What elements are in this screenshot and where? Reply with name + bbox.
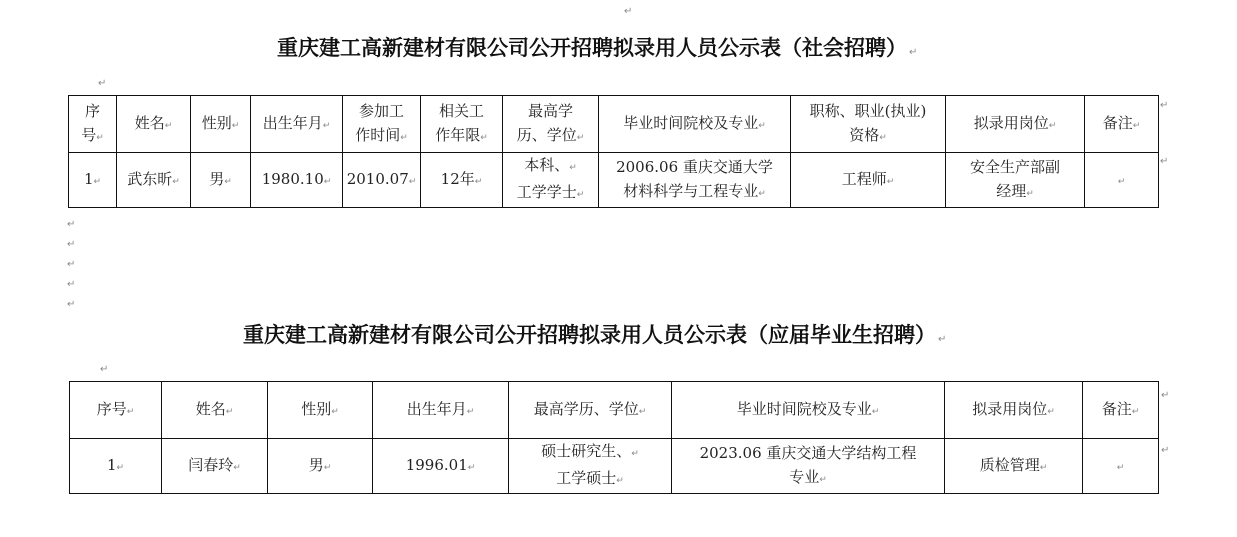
paragraph-mark: ↵ <box>1161 390 1169 401</box>
header-school: 毕业时间院校及专业↵ <box>599 96 791 153</box>
cell-school: 2023.06 重庆交通大学结构工程专业↵ <box>672 439 945 494</box>
table2-title-text: 重庆建工高新建材有限公司公开招聘拟录用人员公示表（应届毕业生招聘） <box>243 322 936 347</box>
cell-position: 安全生产部副经理↵ <box>946 153 1085 208</box>
header-qualification: 职称、职业(执业)资格↵ <box>791 96 946 153</box>
cell-name: 闫春玲↵ <box>162 439 268 494</box>
cell-birth: 1980.10↵ <box>251 153 343 208</box>
cell-work-start: 2010.07↵ <box>343 153 421 208</box>
cell-position: 质检管理↵ <box>945 439 1083 494</box>
table2-header-row: 序号↵ 姓名↵ 性别↵ 出生年月↵ 最高学历、学位↵ 毕业时间院校及专业↵ 拟录… <box>70 382 1159 439</box>
header-degree: 最高学历、学位↵ <box>509 382 672 439</box>
cell-birth: 1996.01↵ <box>373 439 509 494</box>
cell-degree: 本科、↵工学学士↵ <box>503 153 599 208</box>
header-school: 毕业时间院校及专业↵ <box>672 382 945 439</box>
header-work-start: 参加工作时间↵ <box>343 96 421 153</box>
table2-title: 重庆建工高新建材有限公司公开招聘拟录用人员公示表（应届毕业生招聘）↵ <box>243 319 946 349</box>
table-graduate-recruitment: 序号↵ 姓名↵ 性别↵ 出生年月↵ 最高学历、学位↵ 毕业时间院校及专业↵ 拟录… <box>69 381 1159 494</box>
paragraph-mark: ↵ <box>938 334 946 345</box>
header-gender: 性别↵ <box>191 96 251 153</box>
paragraph-mark: ↵ <box>624 6 632 17</box>
table1-header-row: 序号↵ 姓名↵ 性别↵ 出生年月↵ 参加工作时间↵ 相关工作年限↵ 最高学历、学… <box>69 96 1159 153</box>
paragraph-mark: ↵ <box>1160 100 1168 111</box>
header-years: 相关工作年限↵ <box>421 96 503 153</box>
cell-remark: ↵ <box>1083 439 1159 494</box>
header-degree: 最高学历、学位↵ <box>503 96 599 153</box>
header-position: 拟录用岗位↵ <box>945 382 1083 439</box>
cell-gender: 男↵ <box>191 153 251 208</box>
paragraph-mark: ↵ <box>1161 445 1169 456</box>
cell-gender: 男↵ <box>268 439 373 494</box>
paragraph-mark: ↵ <box>67 239 75 250</box>
paragraph-mark: ↵ <box>67 299 75 310</box>
paragraph-mark: ↵ <box>909 47 917 58</box>
cell-school: 2006.06 重庆交通大学材料科学与工程专业↵ <box>599 153 791 208</box>
cell-degree: 硕士研究生、↵工学硕士↵ <box>509 439 672 494</box>
header-position: 拟录用岗位↵ <box>946 96 1085 153</box>
header-birth: 出生年月↵ <box>251 96 343 153</box>
table-social-recruitment: 序号↵ 姓名↵ 性别↵ 出生年月↵ 参加工作时间↵ 相关工作年限↵ 最高学历、学… <box>68 95 1159 208</box>
header-birth: 出生年月↵ <box>373 382 509 439</box>
paragraph-mark: ↵ <box>67 259 75 270</box>
cell-seq: 1↵ <box>69 153 117 208</box>
table1-title-text: 重庆建工高新建材有限公司公开招聘拟录用人员公示表（社会招聘） <box>277 35 907 60</box>
paragraph-mark: ↵ <box>100 364 108 375</box>
cell-name: 武东昕↵ <box>117 153 191 208</box>
table-row: 1↵ 闫春玲↵ 男↵ 1996.01↵ 硕士研究生、↵工学硕士↵ 2023.06… <box>70 439 1159 494</box>
paragraph-mark: ↵ <box>67 219 75 230</box>
cell-years: 12年↵ <box>421 153 503 208</box>
header-name: 姓名↵ <box>162 382 268 439</box>
paragraph-mark: ↵ <box>67 279 75 290</box>
paragraph-mark: ↵ <box>1160 156 1168 167</box>
header-gender: 性别↵ <box>268 382 373 439</box>
header-remark: 备注↵ <box>1085 96 1159 153</box>
table-row: 1↵ 武东昕↵ 男↵ 1980.10↵ 2010.07↵ 12年↵ 本科、↵工学… <box>69 153 1159 208</box>
cell-qualification: 工程师↵ <box>791 153 946 208</box>
header-seq: 序号↵ <box>70 382 162 439</box>
header-seq: 序号↵ <box>69 96 117 153</box>
header-name: 姓名↵ <box>117 96 191 153</box>
paragraph-mark: ↵ <box>98 78 106 89</box>
cell-remark: ↵ <box>1085 153 1159 208</box>
cell-seq: 1↵ <box>70 439 162 494</box>
table1-title: 重庆建工高新建材有限公司公开招聘拟录用人员公示表（社会招聘）↵ <box>277 32 917 62</box>
header-remark: 备注↵ <box>1083 382 1159 439</box>
